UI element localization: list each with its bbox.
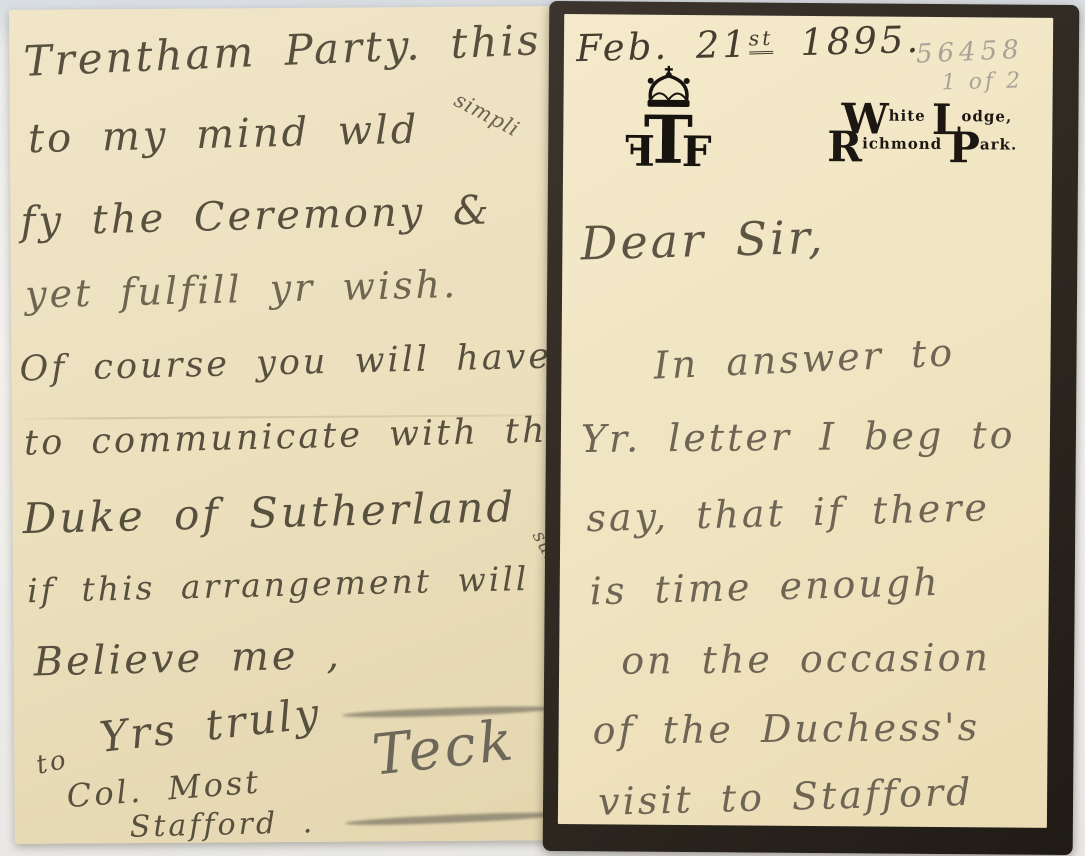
date-prefix: Feb. 21: [575, 22, 749, 70]
closing-line: Yrs truly: [97, 692, 323, 759]
handwriting-line: Trentham Party. this: [23, 19, 543, 83]
right-page: Feb. 21st 1895. 56458 1 of 2 F: [543, 1, 1080, 855]
handwriting-line: is time enough: [589, 563, 941, 610]
handwriting-line: fy the Ceremony &: [20, 190, 492, 241]
handwriting-line: to communicate with the: [24, 413, 572, 461]
handwriting-line: Believe me ,: [33, 635, 342, 683]
handwriting-line: Of course you will have: [19, 339, 552, 387]
handwriting-line: In answer to: [653, 333, 956, 384]
handwriting-line: if this arrangement will: [27, 562, 530, 607]
handwriting-line: of the Duchess's: [592, 708, 980, 750]
handwriting-line: yet fulfill yr wish.: [25, 265, 459, 314]
date-year: 1895.: [773, 18, 922, 65]
handwriting-line: Duke of Sutherland: [22, 486, 517, 540]
catalog-number: 56458: [915, 35, 1024, 70]
right-page-paper: Feb. 21st 1895. 56458 1 of 2 F: [558, 14, 1053, 828]
date-ordinal: st: [748, 26, 773, 55]
handwriting-line: on the occasion: [621, 638, 991, 680]
ink-smudge: [345, 810, 561, 827]
handwriting-line: to my mind wld: [28, 110, 420, 160]
monogram-letters: F T F: [608, 110, 728, 170]
handwriting-marginal-note: simpli: [450, 88, 523, 142]
letterhead-line2: Richmond Park.: [827, 126, 1017, 169]
page-marker: 1 of 2: [941, 68, 1023, 95]
addressee-line: to: [34, 746, 71, 778]
addressee-line: Col. Most: [66, 765, 263, 812]
addressee-line: Stafford .: [129, 808, 315, 843]
letterhead-initial-p: P: [948, 123, 980, 172]
letterhead-initial-r: R: [827, 122, 862, 171]
handwriting-line: visit to Stafford: [598, 773, 974, 821]
handwriting-line: Yr. letter I beg to: [581, 416, 1016, 458]
left-page: Trentham Party. this to my mind wld simp…: [9, 6, 563, 844]
ducal-monogram: F T F: [608, 64, 729, 170]
letterhead: White Lodge, Richmond Park.: [841, 98, 1018, 169]
letter-photograph: { "colors": { "background": "#f0efec", "…: [0, 0, 1085, 856]
monogram-letter-t: T: [643, 111, 693, 171]
signature: Teck: [370, 713, 519, 785]
handwriting-line: say, that if there: [586, 488, 991, 537]
salutation: Dear Sir,: [580, 214, 826, 267]
date-line: Feb. 21st 1895.: [576, 21, 922, 67]
